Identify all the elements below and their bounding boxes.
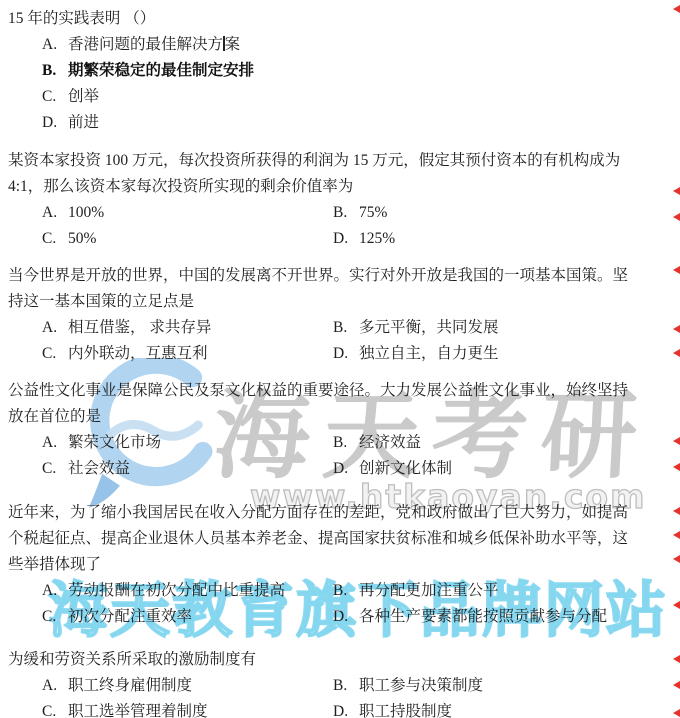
option-label: C. — [42, 84, 68, 110]
question-block: 当今世界是开放的世界，中国的发展离不开世界。实行对外开放是我国的一项基本国策。坚… — [0, 263, 680, 367]
option-text: 社会效益 — [68, 460, 130, 477]
option-label: D. — [333, 604, 359, 630]
questions-container: 15 年的实践表明 （）A.香港问题的最佳解决方案B.期繁荣稳定的最佳制定安排C… — [0, 0, 680, 718]
option-text: 50% — [68, 230, 96, 247]
option-label: B. — [333, 673, 359, 699]
answer-option[interactable]: C.50% — [42, 226, 96, 252]
answer-option[interactable]: A.繁荣文化市场 — [42, 430, 161, 456]
option-text: 75% — [359, 204, 387, 221]
answer-option[interactable]: C.初次分配注重效率 — [42, 604, 192, 630]
option-row: C.创举 — [0, 84, 680, 110]
answer-option[interactable]: B.多元平衡，共同发展 — [333, 315, 499, 341]
option-row: A.繁荣文化市场B.经济效益 — [0, 430, 680, 456]
answer-option[interactable]: B.经济效益 — [333, 430, 421, 456]
option-row: A.职工终身雇佣制度B.职工参与决策制度 — [0, 673, 680, 699]
answer-option[interactable]: D.前进 — [42, 110, 99, 136]
option-text: 职工参与决策制度 — [359, 677, 483, 694]
answer-option[interactable]: A.香港问题的最佳解决方案 — [42, 32, 240, 58]
option-text: 100% — [68, 204, 104, 221]
option-text: 独立自主，自力更生 — [359, 345, 499, 362]
option-label: A. — [42, 200, 68, 226]
answer-option[interactable]: A.相互借鉴， 求共存异 — [42, 315, 211, 341]
option-row: C.内外联动，互惠互利D.独立自主，自力更生 — [0, 341, 680, 367]
question-stem-line[interactable]: 某资本家投资 100 万元，每次投资所获得的利润为 15 万元，假定其预付资本的… — [0, 148, 680, 174]
question-block: 为缓和劳资关系所采取的激励制度有A.职工终身雇佣制度B.职工参与决策制度C.职工… — [0, 647, 680, 718]
option-label: C. — [42, 456, 68, 482]
option-label: C. — [42, 341, 68, 367]
answer-option[interactable]: A.劳动报酬在初次分配中比重提高 — [42, 578, 285, 604]
option-text: 职工持股制度 — [359, 703, 452, 718]
option-label: A. — [42, 578, 68, 604]
question-stem-line[interactable]: 公益性文化事业是保障公民及泵文化权益的重要途径。大力发展公益性文化事业，始终坚持 — [0, 378, 680, 404]
answer-option[interactable]: D.职工持股制度 — [333, 699, 452, 718]
option-text: 前进 — [68, 114, 99, 131]
option-row: C.50%D.125% — [0, 226, 680, 252]
option-row: C.职工选举管理着制度D.职工持股制度 — [0, 699, 680, 718]
option-label: B. — [333, 430, 359, 456]
option-label: B. — [333, 315, 359, 341]
answer-option[interactable]: B.期繁荣稳定的最佳制定安排 — [42, 58, 254, 84]
option-label: A. — [42, 673, 68, 699]
option-label: D. — [333, 699, 359, 718]
option-label: D. — [42, 110, 68, 136]
question-block: 15 年的实践表明 （）A.香港问题的最佳解决方案B.期繁荣稳定的最佳制定安排C… — [0, 6, 680, 136]
option-text: 繁荣文化市场 — [68, 434, 161, 451]
option-row: A.香港问题的最佳解决方案 — [0, 32, 680, 58]
answer-option[interactable]: B.再分配更加注重公平 — [333, 578, 499, 604]
option-label: A. — [42, 32, 68, 58]
option-label: A. — [42, 430, 68, 456]
option-text: 劳动报酬在初次分配中比重提高 — [68, 582, 285, 599]
option-text: 125% — [359, 230, 395, 247]
answer-option[interactable]: D.125% — [333, 226, 395, 252]
text-cursor — [223, 36, 225, 51]
question-block: 某资本家投资 100 万元，每次投资所获得的利润为 15 万元，假定其预付资本的… — [0, 148, 680, 252]
option-label: D. — [333, 341, 359, 367]
question-stem-line[interactable]: 放在首位的是 — [0, 404, 680, 430]
option-text: 香港问题的最佳解决方案 — [68, 36, 240, 53]
option-text: 初次分配注重效率 — [68, 608, 192, 625]
option-text: 内外联动，互惠互利 — [68, 345, 208, 362]
option-label: D. — [333, 456, 359, 482]
option-text: 多元平衡，共同发展 — [359, 319, 499, 336]
answer-option[interactable]: D.各种生产要素都能按照贡献参与分配 — [333, 604, 607, 630]
question-block: 公益性文化事业是保障公民及泵文化权益的重要途径。大力发展公益性文化事业，始终坚持… — [0, 378, 680, 482]
option-text: 创举 — [68, 88, 99, 105]
answer-option[interactable]: A.职工终身雇佣制度 — [42, 673, 192, 699]
question-stem-line[interactable]: 些举措体现了 — [0, 552, 680, 578]
answer-option[interactable]: D.创新文化体制 — [333, 456, 452, 482]
answer-option[interactable]: D.独立自主，自力更生 — [333, 341, 499, 367]
question-stem-line[interactable]: 15 年的实践表明 （） — [0, 6, 680, 32]
option-text: 相互借鉴， 求共存异 — [68, 319, 211, 336]
option-row: D.前进 — [0, 110, 680, 136]
question-stem-line[interactable]: 持这一基本国策的立足点是 — [0, 289, 680, 315]
option-text: 经济效益 — [359, 434, 421, 451]
option-row: A.劳动报酬在初次分配中比重提高B.再分配更加注重公平 — [0, 578, 680, 604]
option-text: 职工选举管理着制度 — [68, 703, 208, 718]
option-label: C. — [42, 604, 68, 630]
option-text: 职工终身雇佣制度 — [68, 677, 192, 694]
option-text: 再分配更加注重公平 — [359, 582, 499, 599]
answer-option[interactable]: B.职工参与决策制度 — [333, 673, 483, 699]
question-block: 近年来，为了缩小我国居民在收入分配方面存在的差距，党和政府做出了巨大努力，如提高… — [0, 500, 680, 630]
option-label: C. — [42, 699, 68, 718]
option-label: B. — [42, 58, 68, 84]
option-row: C.初次分配注重效率D.各种生产要素都能按照贡献参与分配 — [0, 604, 680, 630]
option-label: B. — [333, 578, 359, 604]
answer-option[interactable]: A.100% — [42, 200, 104, 226]
question-stem-line[interactable]: 当今世界是开放的世界，中国的发展离不开世界。实行对外开放是我国的一项基本国策。坚 — [0, 263, 680, 289]
question-stem-line[interactable]: 个税起征点、提高企业退休人员基本养老金、提高国家扶贫标准和城乡低保补助水平等，这 — [0, 526, 680, 552]
answer-option[interactable]: C.职工选举管理着制度 — [42, 699, 208, 718]
question-stem-line[interactable]: 为缓和劳资关系所采取的激励制度有 — [0, 647, 680, 673]
option-text: 各种生产要素都能按照贡献参与分配 — [359, 608, 607, 625]
option-label: C. — [42, 226, 68, 252]
answer-option[interactable]: C.创举 — [42, 84, 99, 110]
option-label: B. — [333, 200, 359, 226]
answer-option[interactable]: B.75% — [333, 200, 387, 226]
exam-document-page[interactable]: 海天考研 www.htkaoyan.com 海天教育旗下品牌网站 15 年的实践… — [0, 0, 680, 718]
option-label: A. — [42, 315, 68, 341]
option-label: D. — [333, 226, 359, 252]
answer-option[interactable]: C.社会效益 — [42, 456, 130, 482]
option-row: B.期繁荣稳定的最佳制定安排 — [0, 58, 680, 84]
option-row: A.100%B.75% — [0, 200, 680, 226]
option-text: 创新文化体制 — [359, 460, 452, 477]
question-stem-line[interactable]: 近年来，为了缩小我国居民在收入分配方面存在的差距，党和政府做出了巨大努力，如提高 — [0, 500, 680, 526]
option-text: 期繁荣稳定的最佳制定安排 — [68, 62, 254, 79]
option-row: A.相互借鉴， 求共存异B.多元平衡，共同发展 — [0, 315, 680, 341]
option-row: C.社会效益D.创新文化体制 — [0, 456, 680, 482]
answer-option[interactable]: C.内外联动，互惠互利 — [42, 341, 208, 367]
question-stem-line[interactable]: 4:1，那么该资本家每次投资所实现的剩余价值率为 — [0, 174, 680, 200]
